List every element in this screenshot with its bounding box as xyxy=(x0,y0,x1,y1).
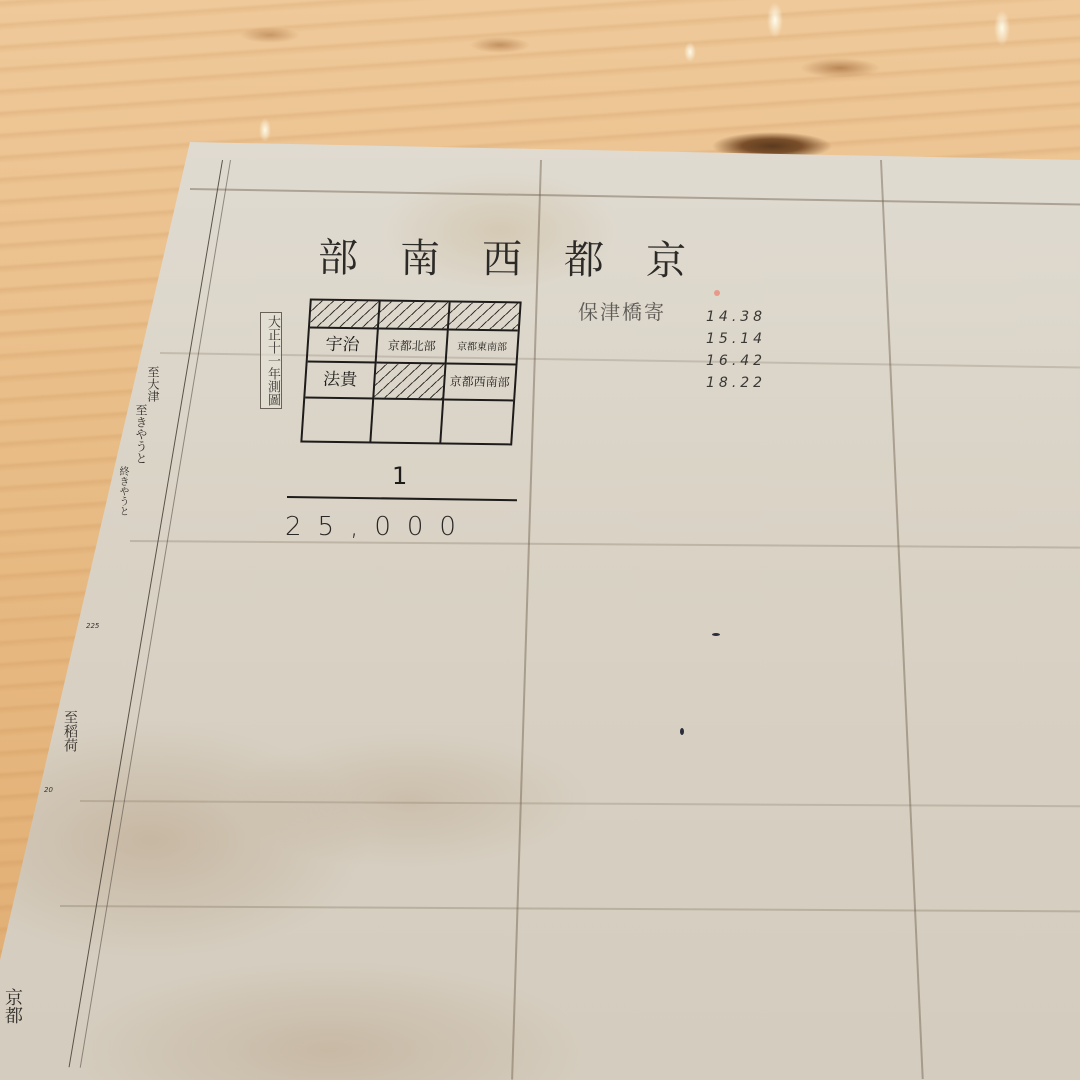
corner-label-kyoto: 京都 xyxy=(2,988,22,1024)
index-cell-kyoto-southeast: 京都東南部 xyxy=(446,330,518,365)
margin-label-to-otsu: 至大津 xyxy=(146,366,160,402)
pencil-value: 18.22 xyxy=(706,372,766,394)
ink-spot xyxy=(680,728,684,735)
pencil-value: 15.14 xyxy=(706,328,766,350)
pencil-note-label: 保津橋寄 xyxy=(578,296,666,325)
ink-spot xyxy=(712,633,720,636)
scale-numerator: 1 xyxy=(392,462,407,490)
fold-line xyxy=(60,905,1080,912)
index-cell xyxy=(310,301,381,330)
fold-line xyxy=(190,188,1080,206)
index-cell xyxy=(379,302,450,331)
fold-line xyxy=(130,540,1080,549)
margin-label-to-kyoto: 至きやうと xyxy=(134,404,148,464)
pencil-value: 16.42 xyxy=(706,350,766,372)
margin-label-kyoto-kana: 終きやうと xyxy=(117,466,128,516)
sheet-index-grid: 宇治 京都北部 京都東南部 法貴 京都西南部 xyxy=(300,299,521,446)
index-cell-kyoto-north: 京都北部 xyxy=(377,330,449,365)
survey-year-label: 大正十一年測圖 xyxy=(260,312,282,409)
pencil-note-values: 14.38 15.14 16.42 18.22 xyxy=(706,306,766,394)
index-cell xyxy=(441,400,513,443)
map-title: 部南西都京 xyxy=(318,226,728,287)
fold-line xyxy=(160,352,1080,368)
index-cell-hoki: 法貴 xyxy=(305,363,377,400)
margin-label-to-inari: 至稻荷 xyxy=(62,710,78,752)
index-cell xyxy=(448,302,519,331)
fold-line xyxy=(880,160,924,1079)
fold-line xyxy=(511,160,542,1080)
red-mark xyxy=(714,290,720,296)
pencil-value: 14.38 xyxy=(706,306,766,328)
index-cell-uji: 宇治 xyxy=(308,329,380,364)
index-cell-current xyxy=(374,364,446,401)
index-cell-kyoto-southwest: 京都西南部 xyxy=(444,364,516,401)
fold-line xyxy=(80,800,1080,807)
margin-number-225: 225 xyxy=(86,622,99,630)
scale-denominator: 25,000 xyxy=(285,512,472,542)
index-cell xyxy=(302,399,374,442)
index-cell xyxy=(372,400,444,443)
margin-number-20: 20 xyxy=(44,786,53,794)
